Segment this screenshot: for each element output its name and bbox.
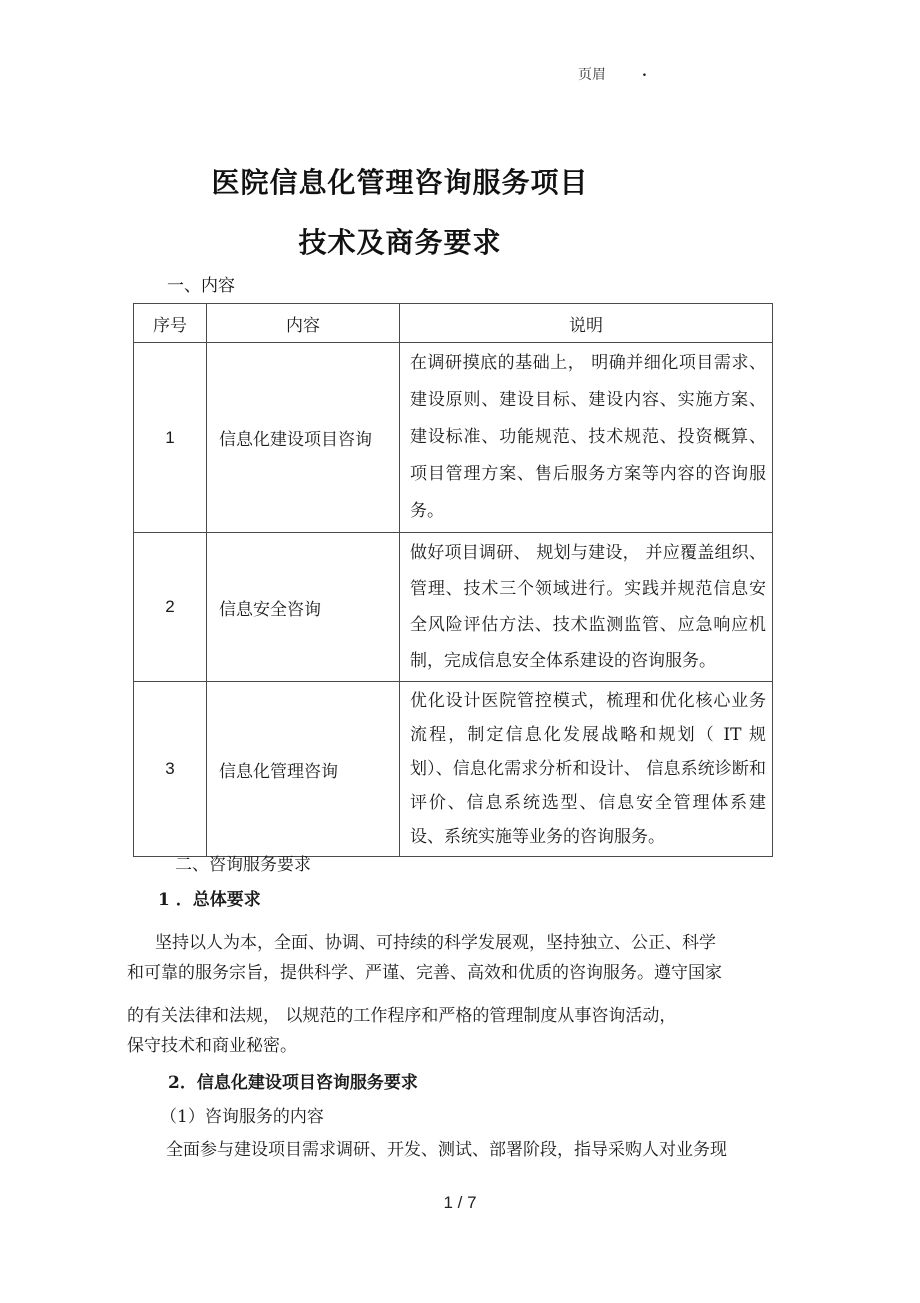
row1-description: 在调研摸底的基础上， 明确并细化项目需求、建设原则、建设目标、建设内容、实施方案… <box>400 343 773 533</box>
paragraph-consulting-content: 全面参与建设项目需求调研、开发、测试、部署阶段，指导采购人对业务现 <box>166 1137 806 1163</box>
row3-content: 信息化管理咨询 <box>207 682 400 857</box>
section2-sub1-heading: 1 ．总体要求 <box>158 885 261 910</box>
col-header-description: 说明 <box>400 304 773 343</box>
section2-sub2-heading: 2．信息化建设项目咨询服务要求 <box>168 1068 418 1093</box>
row1-content: 信息化建设项目咨询 <box>207 343 400 533</box>
table-row: 1 信息化建设项目咨询 在调研摸底的基础上， 明确并细化项目需求、建设原则、建设… <box>134 343 773 533</box>
row2-no: 2 <box>134 533 207 682</box>
page-number-indicator: 1 / 7 <box>0 1193 920 1213</box>
header-label: 页眉 <box>578 64 606 84</box>
col-header-no: 序号 <box>134 304 207 343</box>
document-title-line1: 医院信息化管理咨询服务项目 <box>127 166 673 200</box>
section2-sub2-item1: （1）咨询服务的内容 <box>160 1102 324 1127</box>
row2-description: 做好项目调研、 规划与建设， 并应覆盖组织、管理、技术三个领域进行。实践并规范信… <box>400 533 773 682</box>
paragraph-legal-compliance: 的有关法律和法规， 以规范的工作程序和严格的管理制度从事咨询活动， 保守技术和商… <box>127 1001 791 1061</box>
content-table: 序号 内容 说明 1 信息化建设项目咨询 在调研摸底的基础上， 明确并细化项目需… <box>133 303 773 857</box>
col-header-content: 内容 <box>207 304 400 343</box>
table-header-row: 序号 内容 说明 <box>134 304 773 343</box>
table-row: 3 信息化管理咨询 优化设计医院管控模式，梳理和优化核心业务流程，制定信息化发展… <box>134 682 773 857</box>
paragraph-line: 和可靠的服务宗旨，提供科学、严谨、完善、高效和优质的咨询服务。遵守国家 <box>127 958 791 988</box>
row1-no: 1 <box>134 343 207 533</box>
section2-heading: 二、咨询服务要求 <box>175 850 311 875</box>
paragraph-line: 的有关法律和法规， 以规范的工作程序和严格的管理制度从事咨询活动， <box>127 1001 791 1031</box>
document-page: 页眉 . 医院信息化管理咨询服务项目 技术及商务要求 一、内容 序号 内容 说明… <box>0 0 920 1303</box>
section1-heading: 一、内容 <box>167 271 235 296</box>
paragraph-line: 坚持以人为本，全面、协调、可持续的科学发展观，坚持独立、公正、科学 <box>127 928 791 958</box>
document-title-line2: 技术及商务要求 <box>127 226 673 260</box>
row3-description: 优化设计医院管控模式，梳理和优化核心业务流程，制定信息化发展战略和规划（ IT … <box>400 682 773 857</box>
row3-no: 3 <box>134 682 207 857</box>
paragraph-line: 保守技术和商业秘密。 <box>127 1031 791 1061</box>
page-header-note: 页眉 . <box>578 64 647 84</box>
paragraph-general-requirements: 坚持以人为本，全面、协调、可持续的科学发展观，坚持独立、公正、科学 和可靠的服务… <box>127 928 791 988</box>
header-dot: . <box>642 64 647 80</box>
row2-content: 信息安全咨询 <box>207 533 400 682</box>
table-row: 2 信息安全咨询 做好项目调研、 规划与建设， 并应覆盖组织、管理、技术三个领域… <box>134 533 773 682</box>
